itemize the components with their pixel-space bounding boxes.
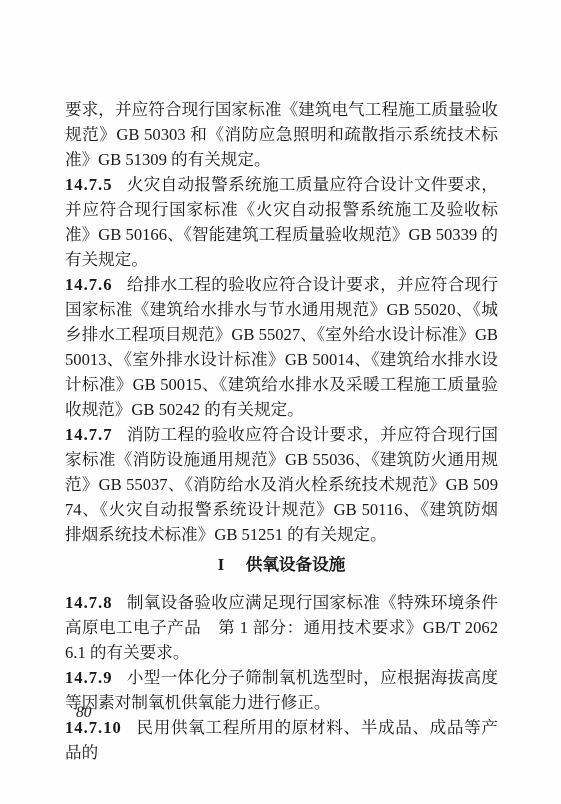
document-page: 要求，并应符合现行国家标准《建筑电气工程施工质量验收规范》GB 50303 和《… <box>0 0 561 804</box>
clause-text: 要求，并应符合现行国家标准《建筑电气工程施工质量验收规范》GB 50303 和《… <box>65 100 498 169</box>
paragraph-continuation: 要求，并应符合现行国家标准《建筑电气工程施工质量验收规范》GB 50303 和《… <box>65 97 498 172</box>
clause-14-7-5: 14.7.5火灾自动报警系统施工质量应符合设计文件要求，并应符合现行国家标准《火… <box>65 172 498 272</box>
clause-14-7-6: 14.7.6给排水工程的验收应符合设计要求，并应符合现行国家标准《建筑给水排水与… <box>65 272 498 422</box>
page-number: 80 <box>76 703 92 723</box>
clause-number: 14.7.10 <box>65 718 122 737</box>
clause-text: 消防工程的验收应符合设计要求，并应符合现行国家标准《消防设施通用规范》GB 55… <box>65 425 498 544</box>
clause-number: 14.7.8 <box>65 593 112 612</box>
clause-text: 火灾自动报警系统施工质量应符合设计文件要求，并应符合现行国家标准《火灾自动报警系… <box>65 175 498 269</box>
text-block: 要求，并应符合现行国家标准《建筑电气工程施工质量验收规范》GB 50303 和《… <box>65 97 498 765</box>
clause-text: 小型一体化分子筛制氧机选型时，应根据海拔高度等因素对制氧机供氧能力进行修正。 <box>65 668 498 712</box>
clause-text: 给排水工程的验收应符合设计要求，并应符合现行国家标准《建筑给水排水与节水通用规范… <box>65 275 498 419</box>
clause-text: 民用供氧工程所用的原材料、半成品、成品等产品的 <box>65 718 498 762</box>
clause-number: 14.7.5 <box>65 175 112 194</box>
clause-number: 14.7.6 <box>65 275 112 294</box>
clause-number: 14.7.7 <box>65 425 112 444</box>
clause-14-7-7: 14.7.7消防工程的验收应符合设计要求，并应符合现行国家标准《消防设施通用规范… <box>65 422 498 547</box>
subsection-heading: I供氧设备设施 <box>65 552 498 577</box>
clause-14-7-8: 14.7.8制氧设备验收应满足现行国家标准《特殊环境条件 高原电工电子产品 第 … <box>65 590 498 665</box>
subsection-numeral: I <box>218 555 224 574</box>
clause-14-7-10: 14.7.10民用供氧工程所用的原材料、半成品、成品等产品的 <box>65 715 498 765</box>
clause-number: 14.7.9 <box>65 668 112 687</box>
clause-14-7-9: 14.7.9小型一体化分子筛制氧机选型时，应根据海拔高度等因素对制氧机供氧能力进… <box>65 665 498 715</box>
clause-text: 制氧设备验收应满足现行国家标准《特殊环境条件 高原电工电子产品 第 1 部分：通… <box>65 593 498 662</box>
subsection-title: 供氧设备设施 <box>246 555 346 574</box>
